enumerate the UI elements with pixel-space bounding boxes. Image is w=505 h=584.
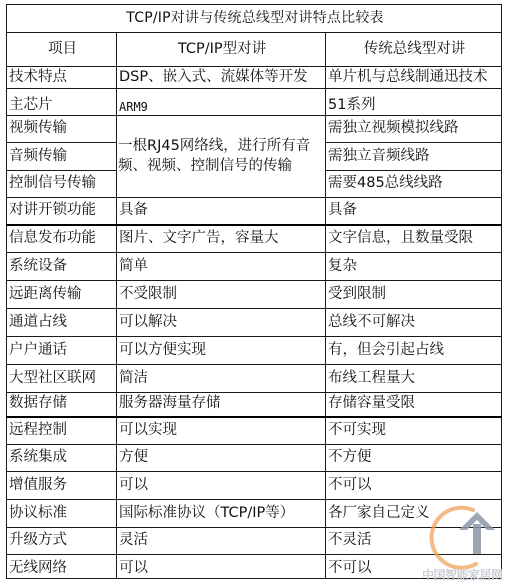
row-label: 技术特点 bbox=[7, 67, 117, 89]
row-label: 主芯片 bbox=[7, 89, 117, 116]
table-row: 数据存储 服务器海量存储 存储容量受限 bbox=[7, 393, 502, 417]
bus-cell: 各厂家自己定义 bbox=[326, 500, 502, 528]
table-row: 系统设备 简单 复杂 bbox=[7, 253, 502, 281]
table-row: 大型社区联网 简洁 布线工程量大 bbox=[7, 365, 502, 393]
table-row: 增值服务 可以 不可以 bbox=[7, 472, 502, 500]
table-row: 协议标准 国际标准协议（TCP/IP等） 各厂家自己定义 bbox=[7, 500, 502, 528]
table-row: 无线网络 可以 不可以 bbox=[7, 555, 502, 579]
table-row: 对讲开锁功能 具备 具备 bbox=[7, 198, 502, 225]
bus-cell: 不可以 bbox=[326, 555, 502, 579]
table-row: 升级方式 灵活 不灵活 bbox=[7, 528, 502, 555]
tcpip-cell: 图片、文字广告，容量大 bbox=[117, 225, 326, 253]
table-row: 系统集成 方便 不方便 bbox=[7, 445, 502, 472]
row-label: 户户通话 bbox=[7, 337, 117, 365]
tcpip-merged-cell: 一根RJ45网络线，进行所有音频、视频、控制信号的传输 bbox=[117, 116, 326, 198]
bus-cell: 总线不可解决 bbox=[326, 309, 502, 337]
row-label: 升级方式 bbox=[7, 528, 117, 555]
row-label: 协议标准 bbox=[7, 500, 117, 528]
comparison-table: TCP/IP对讲与传统总线型对讲特点比较表 项目 TCP/IP型对讲 传统总线型… bbox=[6, 4, 502, 579]
bus-cell: 需独立视频模拟线路 bbox=[326, 116, 502, 143]
row-label: 音频传输 bbox=[7, 143, 117, 171]
bus-cell: 不方便 bbox=[326, 445, 502, 472]
bus-cell: 受到限制 bbox=[326, 281, 502, 309]
table-row: 主芯片 ARM9 51系列 bbox=[7, 89, 502, 116]
bus-cell: 文字信息，且数量受限 bbox=[326, 225, 502, 253]
tcpip-cell: 灵活 bbox=[117, 528, 326, 555]
tcpip-cell: DSP、嵌入式、流媒体等开发 bbox=[117, 67, 326, 89]
bus-cell: 需独立音频线路 bbox=[326, 143, 502, 171]
tcpip-cell: 具备 bbox=[117, 198, 326, 225]
tcpip-cell: 国际标准协议（TCP/IP等） bbox=[117, 500, 326, 528]
tcpip-cell: 可以实现 bbox=[117, 417, 326, 445]
header-bus: 传统总线型对讲 bbox=[326, 33, 502, 67]
tcpip-cell: 方便 bbox=[117, 445, 326, 472]
tcpip-cell: ARM9 bbox=[117, 89, 326, 116]
bus-cell: 需要485总线线路 bbox=[326, 171, 502, 198]
header-tcpip: TCP/IP型对讲 bbox=[117, 33, 326, 67]
table-row: 户户通话 可以方便实现 有，但会引起占线 bbox=[7, 337, 502, 365]
table-title: TCP/IP对讲与传统总线型对讲特点比较表 bbox=[7, 5, 502, 33]
table-row: 视频传输 一根RJ45网络线，进行所有音频、视频、控制信号的传输 需独立视频模拟… bbox=[7, 116, 502, 143]
row-label: 通道占线 bbox=[7, 309, 117, 337]
table-row: 信息发布功能 图片、文字广告，容量大 文字信息，且数量受限 bbox=[7, 225, 502, 253]
header-item: 项目 bbox=[7, 33, 117, 67]
bus-cell: 布线工程量大 bbox=[326, 365, 502, 393]
bus-cell: 存储容量受限 bbox=[326, 393, 502, 417]
tcpip-cell: 可以方便实现 bbox=[117, 337, 326, 365]
row-label: 大型社区联网 bbox=[7, 365, 117, 393]
row-label: 远程控制 bbox=[7, 417, 117, 445]
row-label: 视频传输 bbox=[7, 116, 117, 143]
bus-cell: 单片机与总线制通迅技术 bbox=[326, 67, 502, 89]
row-label: 数据存储 bbox=[7, 393, 117, 417]
bus-cell: 不灵活 bbox=[326, 528, 502, 555]
tcpip-cell: 可以 bbox=[117, 555, 326, 579]
tcpip-cell: 可以解决 bbox=[117, 309, 326, 337]
tcpip-cell: 可以 bbox=[117, 472, 326, 500]
tcpip-cell: 简单 bbox=[117, 253, 326, 281]
bus-cell: 不可实现 bbox=[326, 417, 502, 445]
bus-cell: 不可以 bbox=[326, 472, 502, 500]
bus-cell: 复杂 bbox=[326, 253, 502, 281]
table-row: 远距离传输 不受限制 受到限制 bbox=[7, 281, 502, 309]
bus-cell: 51系列 bbox=[326, 89, 502, 116]
row-label: 控制信号传输 bbox=[7, 171, 117, 198]
table-row: 通道占线 可以解决 总线不可解决 bbox=[7, 309, 502, 337]
table-row: 远程控制 可以实现 不可实现 bbox=[7, 417, 502, 445]
tcpip-cell: 服务器海量存储 bbox=[117, 393, 326, 417]
row-label: 系统集成 bbox=[7, 445, 117, 472]
bus-cell: 具备 bbox=[326, 198, 502, 225]
row-label: 信息发布功能 bbox=[7, 225, 117, 253]
row-label: 系统设备 bbox=[7, 253, 117, 281]
table-row: 技术特点 DSP、嵌入式、流媒体等开发 单片机与总线制通迅技术 bbox=[7, 67, 502, 89]
row-label: 远距离传输 bbox=[7, 281, 117, 309]
row-label: 增值服务 bbox=[7, 472, 117, 500]
tcpip-cell: 不受限制 bbox=[117, 281, 326, 309]
row-label: 对讲开锁功能 bbox=[7, 198, 117, 225]
bus-cell: 有，但会引起占线 bbox=[326, 337, 502, 365]
row-label: 无线网络 bbox=[7, 555, 117, 579]
tcpip-cell: 简洁 bbox=[117, 365, 326, 393]
